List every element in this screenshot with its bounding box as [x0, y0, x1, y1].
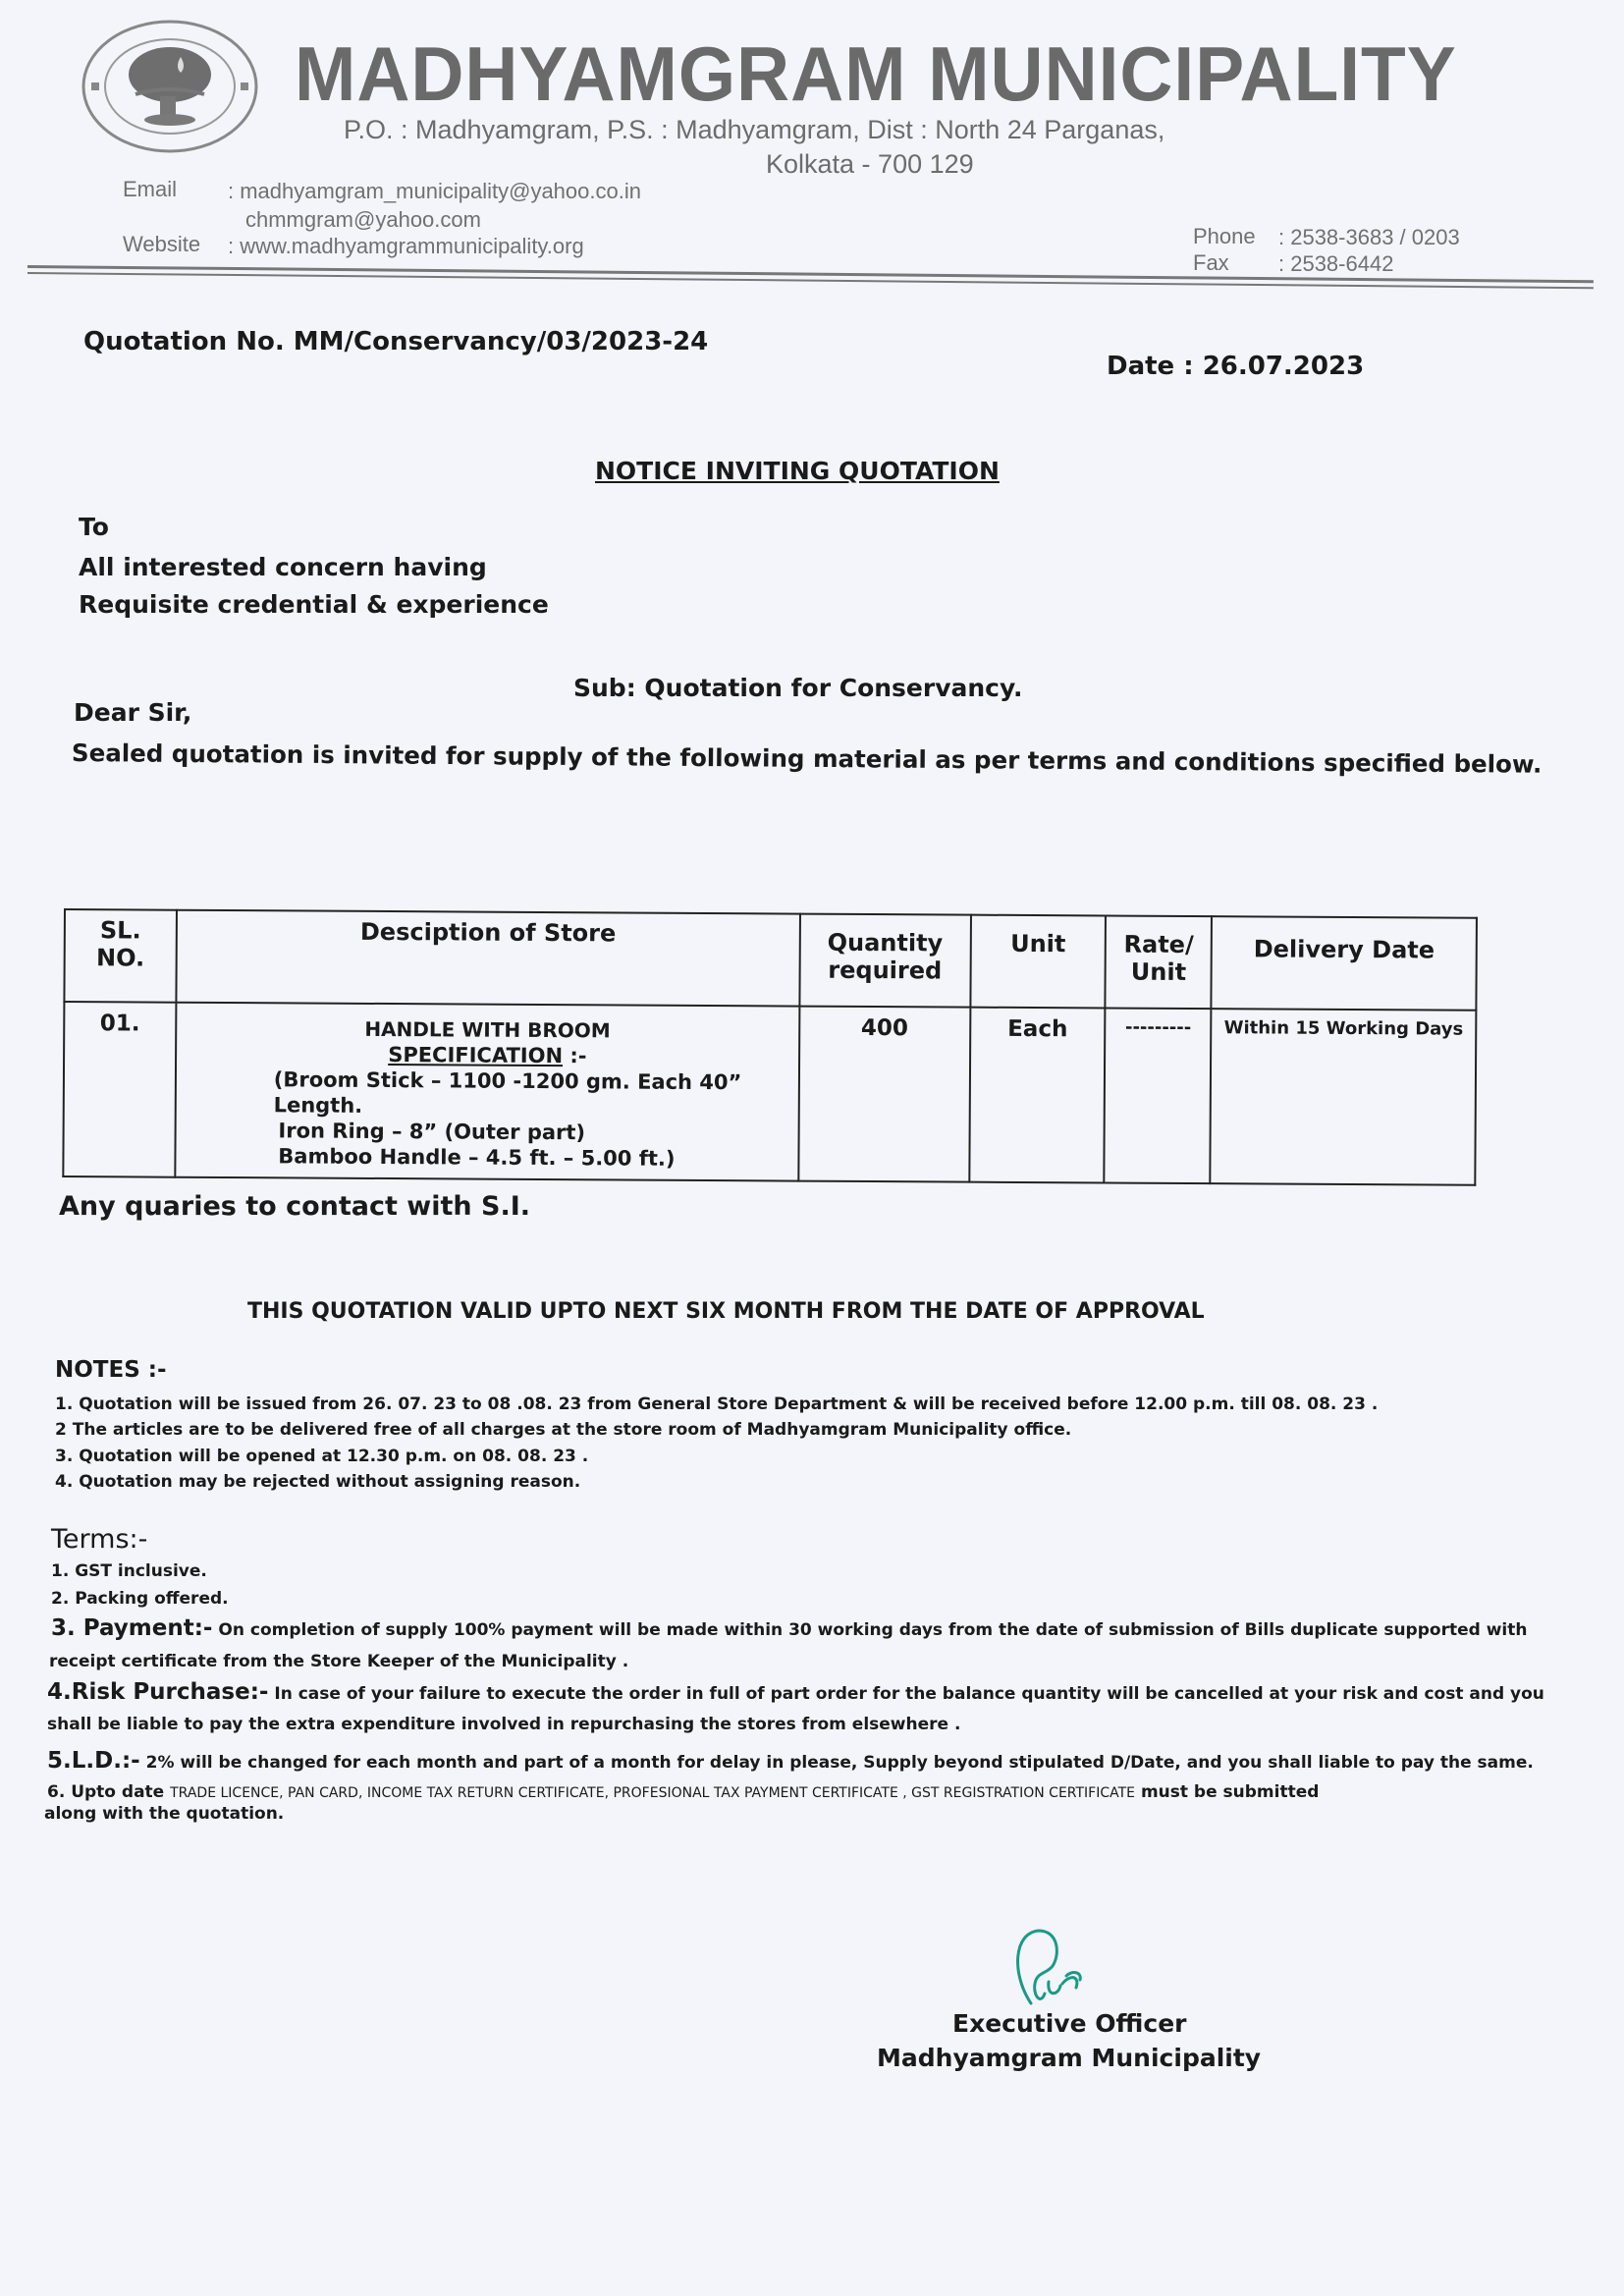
- ld-label: 5.L.D.:-: [47, 1748, 140, 1774]
- terms-title: Terms:-: [51, 1524, 147, 1555]
- header-rate: Rate/ Unit: [1106, 915, 1212, 1009]
- quotation-number: Quotation No. MM/Conservancy/03/2023-24: [83, 327, 708, 356]
- organization-name: MADHYAMGRAM MUNICIPALITY: [295, 29, 1457, 119]
- page-title: NOTICE INVITING QUOTATION: [595, 457, 1000, 485]
- term-item: 2. Packing offered.: [51, 1589, 229, 1609]
- items-table: SL. NO. Desciption of Store Quantity req…: [62, 908, 1478, 1186]
- term-item-risk: 4.Risk Purchase:- In case of your failur…: [47, 1679, 1544, 1705]
- term-item-payment: 3. Payment:- On completion of supply 100…: [51, 1615, 1527, 1641]
- header-unit: Unit: [970, 915, 1106, 1009]
- term-item-risk-cont: shall be liable to pay the extra expendi…: [47, 1715, 960, 1734]
- spec-label: SPECIFICATION: [388, 1043, 563, 1067]
- item-name: HANDLE WITH BROOM: [181, 1015, 794, 1045]
- risk-label: 4.Risk Purchase:-: [47, 1679, 268, 1705]
- fax-label: Fax: [1193, 250, 1229, 276]
- term-item: 1. GST inclusive.: [51, 1561, 207, 1581]
- header-rate-line2: Unit: [1110, 958, 1207, 987]
- email-label: Email: [123, 177, 177, 202]
- documents-list: TRADE LICENCE, PAN CARD, INCOME TAX RETU…: [170, 1785, 1135, 1801]
- header-quantity-line1: Quantity: [804, 929, 965, 957]
- phone-number: : 2538-3683 / 0203: [1278, 225, 1460, 250]
- cell-sl: 01.: [63, 1002, 176, 1177]
- cell-delivery: Within 15 Working Days: [1211, 1009, 1477, 1185]
- email-secondary[interactable]: chmmgram@yahoo.com: [245, 207, 481, 233]
- intro-paragraph: Sealed quotation is invited for supply o…: [72, 738, 1543, 779]
- term-item-documents: 6. Upto date TRADE LICENCE, PAN CARD, IN…: [47, 1782, 1319, 1802]
- header-rate-line1: Rate/: [1110, 931, 1207, 959]
- term-item-documents-cont: along with the quotation.: [44, 1804, 284, 1824]
- subject-line: Sub: Quotation for Conservancy.: [573, 674, 1023, 702]
- queries-note: Any quaries to contact with S.I.: [59, 1191, 530, 1222]
- email-primary[interactable]: : madhyamgram_municipality@yahoo.co.in: [228, 179, 641, 204]
- note-item: 4. Quotation may be rejected without ass…: [55, 1472, 580, 1492]
- payment-text: On completion of supply 100% payment wil…: [212, 1620, 1527, 1640]
- cell-quantity: 400: [798, 1007, 970, 1182]
- cell-rate: ---------: [1105, 1008, 1212, 1183]
- term-item-ld: 5.L.D.:- 2% will be changed for each mon…: [47, 1748, 1534, 1774]
- handwritten-signature-icon: [1001, 1925, 1100, 2013]
- header-delivery-date: Delivery Date: [1212, 916, 1477, 1011]
- recipient-to: To: [79, 513, 109, 541]
- salutation: Dear Sir,: [74, 698, 191, 727]
- note-item: 2 The articles are to be delivered free …: [55, 1420, 1071, 1440]
- cell-description: HANDLE WITH BROOM SPECIFICATION :- (Broo…: [175, 1003, 799, 1181]
- website-label: Website: [123, 232, 200, 257]
- documents-prefix: 6. Upto date: [47, 1782, 170, 1802]
- fax-number: : 2538-6442: [1278, 251, 1393, 277]
- quotation-date: Date : 26.07.2023: [1107, 352, 1364, 381]
- header-description: Desciption of Store: [176, 910, 799, 1007]
- note-item: 3. Quotation will be opened at 12.30 p.m…: [55, 1447, 588, 1466]
- documents-suffix: must be submitted: [1135, 1782, 1319, 1802]
- cell-unit: Each: [969, 1008, 1106, 1183]
- payment-label: 3. Payment:-: [51, 1615, 212, 1641]
- website-link[interactable]: : www.madhyamgrammunicipality.org: [228, 234, 584, 259]
- signatory-title: Executive Officer: [952, 2009, 1187, 2038]
- spec-heading: SPECIFICATION :-: [181, 1041, 794, 1070]
- table-header-row: SL. NO. Desciption of Store Quantity req…: [64, 909, 1477, 1011]
- note-item: 1. Quotation will be issued from 26. 07.…: [55, 1394, 1378, 1414]
- header-sl-no: SL. NO.: [64, 909, 176, 1003]
- signatory-organization: Madhyamgram Municipality: [877, 2044, 1261, 2072]
- header-quantity-line2: required: [804, 957, 965, 985]
- phone-label: Phone: [1193, 224, 1256, 249]
- header-sl-line2: NO.: [70, 944, 172, 972]
- address-line-2: Kolkata - 700 129: [766, 149, 974, 180]
- notes-title: NOTES :-: [55, 1357, 167, 1383]
- ld-text: 2% will be changed for each month and pa…: [140, 1753, 1534, 1773]
- spec-line: Iron Ring – 8” (Outer part): [180, 1118, 793, 1147]
- validity-statement: THIS QUOTATION VALID UPTO NEXT SIX MONTH…: [247, 1299, 1205, 1324]
- recipient-line-1: All interested concern having: [79, 553, 487, 581]
- header-quantity: Quantity required: [799, 914, 970, 1008]
- spec-suffix: :-: [563, 1044, 587, 1067]
- spec-line: Bamboo Handle – 4.5 ft. – 5.00 ft.): [180, 1143, 793, 1173]
- risk-text: In case of your failure to execute the o…: [268, 1684, 1543, 1704]
- recipient-line-2: Requisite credential & experience: [79, 590, 549, 619]
- address-line-1: P.O. : Madhyamgram, P.S. : Madhyamgram, …: [344, 115, 1164, 145]
- term-item-payment-cont: receipt certificate from the Store Keepe…: [49, 1652, 628, 1671]
- header-sl-line1: SL.: [70, 916, 172, 945]
- municipality-seal-tree-icon: [77, 18, 263, 155]
- spec-line: (Broom Stick – 1100 -1200 gm. Each 40” L…: [181, 1066, 794, 1121]
- table-row: 01. HANDLE WITH BROOM SPECIFICATION :- (…: [63, 1002, 1476, 1185]
